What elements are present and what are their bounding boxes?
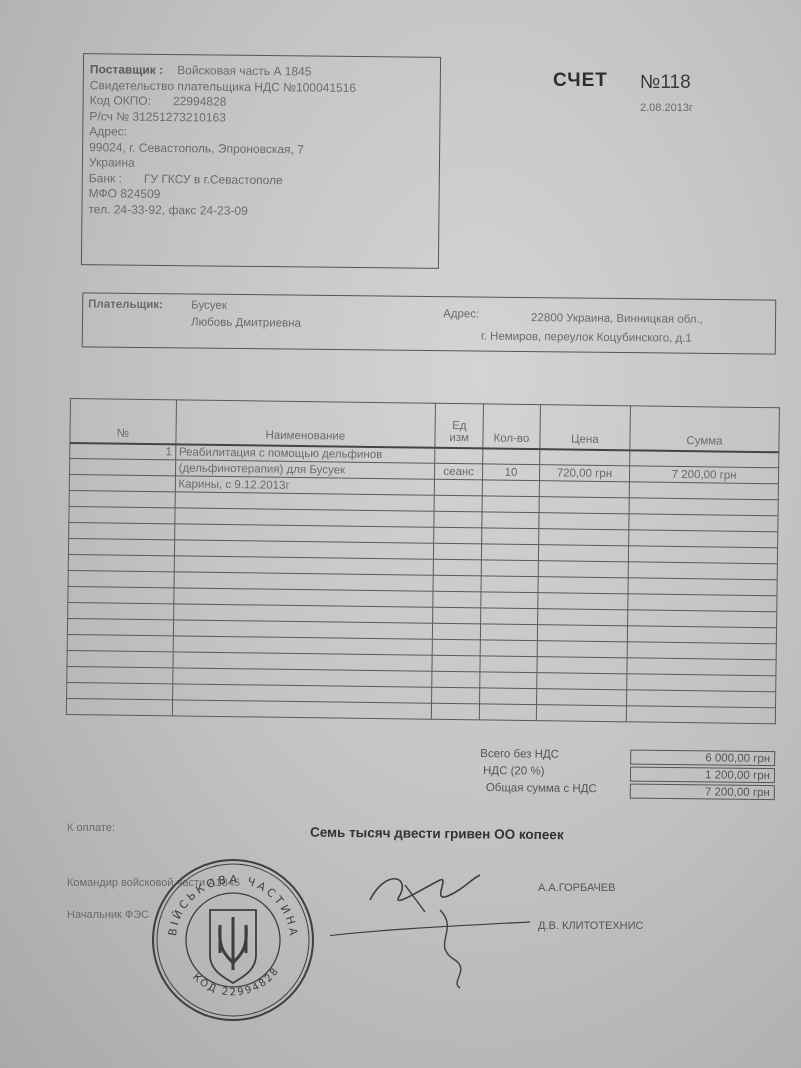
- cell-unit: [434, 495, 482, 512]
- grand-total-label: Общая сумма с НДС: [486, 782, 636, 796]
- cell-price: [536, 673, 627, 690]
- unit-header-line1: Ед: [452, 420, 467, 432]
- cell-unit: [433, 543, 481, 560]
- grand-total-value: 7 200,00 грн: [630, 784, 775, 801]
- cell-qty: [482, 528, 539, 545]
- cell-sum: [628, 610, 777, 628]
- cell-no: [67, 682, 173, 699]
- cell-price: [538, 513, 629, 530]
- chief-name: Д.В. КЛИТОТЕХНИС: [538, 920, 643, 932]
- vat-value: 1 200,00 грн: [630, 767, 775, 784]
- cell-price: [539, 497, 630, 514]
- payer-info-box: Плательщик: Бусуек Любовь Дмитриевна Адр…: [82, 292, 777, 354]
- cell-sum: [627, 690, 776, 708]
- cell-sum: [629, 546, 778, 564]
- amount-in-words: Семь тысяч двести гривен ОО копеек: [310, 825, 564, 843]
- col-header-no: №: [70, 399, 176, 444]
- handwritten-signature: [330, 850, 530, 990]
- cell-no: [67, 666, 173, 683]
- cell-qty: [480, 656, 537, 673]
- totals-block: Всего без НДС6 000,00 грн НДС (20 %)1 20…: [480, 748, 481, 799]
- cell-unit: [433, 559, 481, 576]
- cell-no: [67, 618, 173, 635]
- cell-price: [539, 449, 630, 466]
- cell-qty: [481, 576, 538, 593]
- bank-name: ГУ ГКСУ в г.Севастополе: [144, 171, 283, 186]
- cell-price: [537, 593, 628, 610]
- cell-price: [538, 545, 629, 562]
- cell-unit: [433, 607, 481, 624]
- okpo-value: 22994828: [173, 94, 227, 109]
- cell-price: [537, 641, 628, 658]
- cell-sum: [628, 594, 777, 612]
- commander-name: А.А.ГОРБАЧЕВ: [538, 882, 615, 894]
- cell-no: [66, 698, 172, 715]
- invoice-number: №118: [640, 72, 691, 94]
- supplier-label: Поставщик :: [90, 62, 163, 77]
- cell-unit: [432, 655, 480, 672]
- cell-price: [538, 577, 629, 594]
- items-table: № Наименование Едизм Кол-во Цена Сумма 1…: [66, 398, 780, 724]
- trident-emblem-icon: [210, 910, 256, 983]
- cell-unit: [432, 639, 480, 656]
- cell-price: [536, 689, 627, 706]
- cell-qty: [480, 672, 537, 689]
- cell-sum: [629, 498, 778, 516]
- supplier-info-box: Поставщик :Войсковая часть А 1845 Свидет…: [81, 53, 441, 269]
- cell-qty: [482, 512, 539, 529]
- cell-sum: [627, 674, 776, 692]
- cell-unit: [435, 447, 483, 464]
- cell-price: [537, 657, 628, 674]
- col-header-price: Цена: [540, 405, 631, 450]
- cell-unit: сеанс: [435, 463, 483, 480]
- cell-name: [172, 700, 432, 719]
- cell-qty: [480, 640, 537, 657]
- cell-no: [67, 634, 173, 651]
- payer-address-label: Адрес:: [443, 308, 479, 320]
- payer-address-line2: г. Немиров, переулок Коцубинского, д.1: [481, 331, 692, 345]
- cell-sum: [629, 530, 778, 548]
- cell-sum: [627, 626, 776, 644]
- to-pay-label: К оплате:: [67, 822, 115, 834]
- col-header-sum: Сумма: [630, 406, 779, 452]
- cell-sum: 7 200,00 грн: [630, 466, 779, 484]
- cell-no: [68, 554, 174, 571]
- total-value: 6 000,00 грн: [630, 750, 775, 767]
- cell-unit: [432, 687, 480, 704]
- cell-sum: [628, 578, 777, 596]
- cell-no: [68, 602, 174, 619]
- cell-no: [69, 522, 175, 539]
- cell-price: [536, 705, 627, 722]
- invoice-document: Поставщик :Войсковая часть А 1845 Свидет…: [0, 0, 801, 1068]
- cell-unit: [433, 591, 481, 608]
- cell-price: [538, 561, 629, 578]
- cell-unit: [434, 527, 482, 544]
- payer-address-line1: 22800 Украина, Винницкая обл.,: [531, 312, 703, 326]
- cell-sum: [628, 562, 777, 580]
- cell-unit: [432, 623, 480, 640]
- col-header-unit: Едизм: [435, 403, 484, 448]
- cell-qty: [482, 496, 539, 513]
- cell-no: [67, 650, 173, 667]
- cell-qty: [483, 448, 540, 465]
- cell-price: [537, 625, 628, 642]
- cell-no: [69, 475, 175, 492]
- cell-sum: [629, 514, 778, 532]
- cell-qty: [481, 608, 538, 625]
- supplier-name: Войсковая часть А 1845: [177, 63, 311, 78]
- cell-price: [539, 481, 630, 498]
- total-label: Всего без НДС: [480, 748, 630, 762]
- bank-label: Банк :: [89, 171, 122, 185]
- cell-price: [537, 609, 628, 626]
- cell-sum: [627, 642, 776, 660]
- supplier-phone: тел. 24-33-92, факс 24-23-09: [88, 202, 432, 221]
- col-header-qty: Кол-во: [483, 404, 540, 449]
- col-header-name: Наименование: [176, 400, 436, 447]
- cell-no: [68, 570, 174, 587]
- cell-qty: [480, 704, 537, 721]
- cell-unit: [433, 575, 481, 592]
- cell-unit: [434, 479, 482, 496]
- cell-sum: [626, 706, 775, 724]
- cell-qty: 10: [483, 464, 540, 481]
- cell-no: [68, 586, 174, 603]
- official-stamp: ВІЙСЬКОВА ЧАСТИНА А1845 КОД 22994828: [148, 855, 318, 1025]
- cell-qty: [482, 544, 539, 561]
- unit-header-line2: изм: [449, 431, 469, 443]
- cell-price: 720,00 грн: [539, 465, 630, 482]
- cell-unit: [431, 703, 479, 720]
- payer-surname: Бусуек: [191, 300, 227, 312]
- cell-unit: [432, 671, 480, 688]
- cell-qty: [481, 592, 538, 609]
- cell-qty: [482, 560, 539, 577]
- cell-price: [538, 529, 629, 546]
- cell-unit: [434, 511, 482, 528]
- payer-given-names: Любовь Дмитриевна: [191, 317, 301, 330]
- invoice-title: СЧЕТ: [553, 70, 608, 92]
- cell-qty: [480, 688, 537, 705]
- cell-sum: [629, 482, 778, 500]
- chief-title: Начальник ФЭС: [67, 909, 149, 921]
- vat-label: НДС (20 %): [483, 765, 633, 779]
- payer-label: Плательщик:: [88, 298, 163, 311]
- okpo-label: Код ОКПО:: [90, 93, 152, 108]
- cell-sum: [630, 450, 779, 468]
- cell-sum: [627, 658, 776, 676]
- cell-no: [69, 459, 175, 476]
- cell-qty: [481, 624, 538, 641]
- cell-no: [69, 490, 175, 507]
- cell-no: [68, 538, 174, 555]
- cell-qty: [483, 480, 540, 497]
- cell-no: 1: [70, 443, 176, 460]
- cell-no: [69, 506, 175, 523]
- invoice-date: 2.08.2013г: [640, 102, 693, 114]
